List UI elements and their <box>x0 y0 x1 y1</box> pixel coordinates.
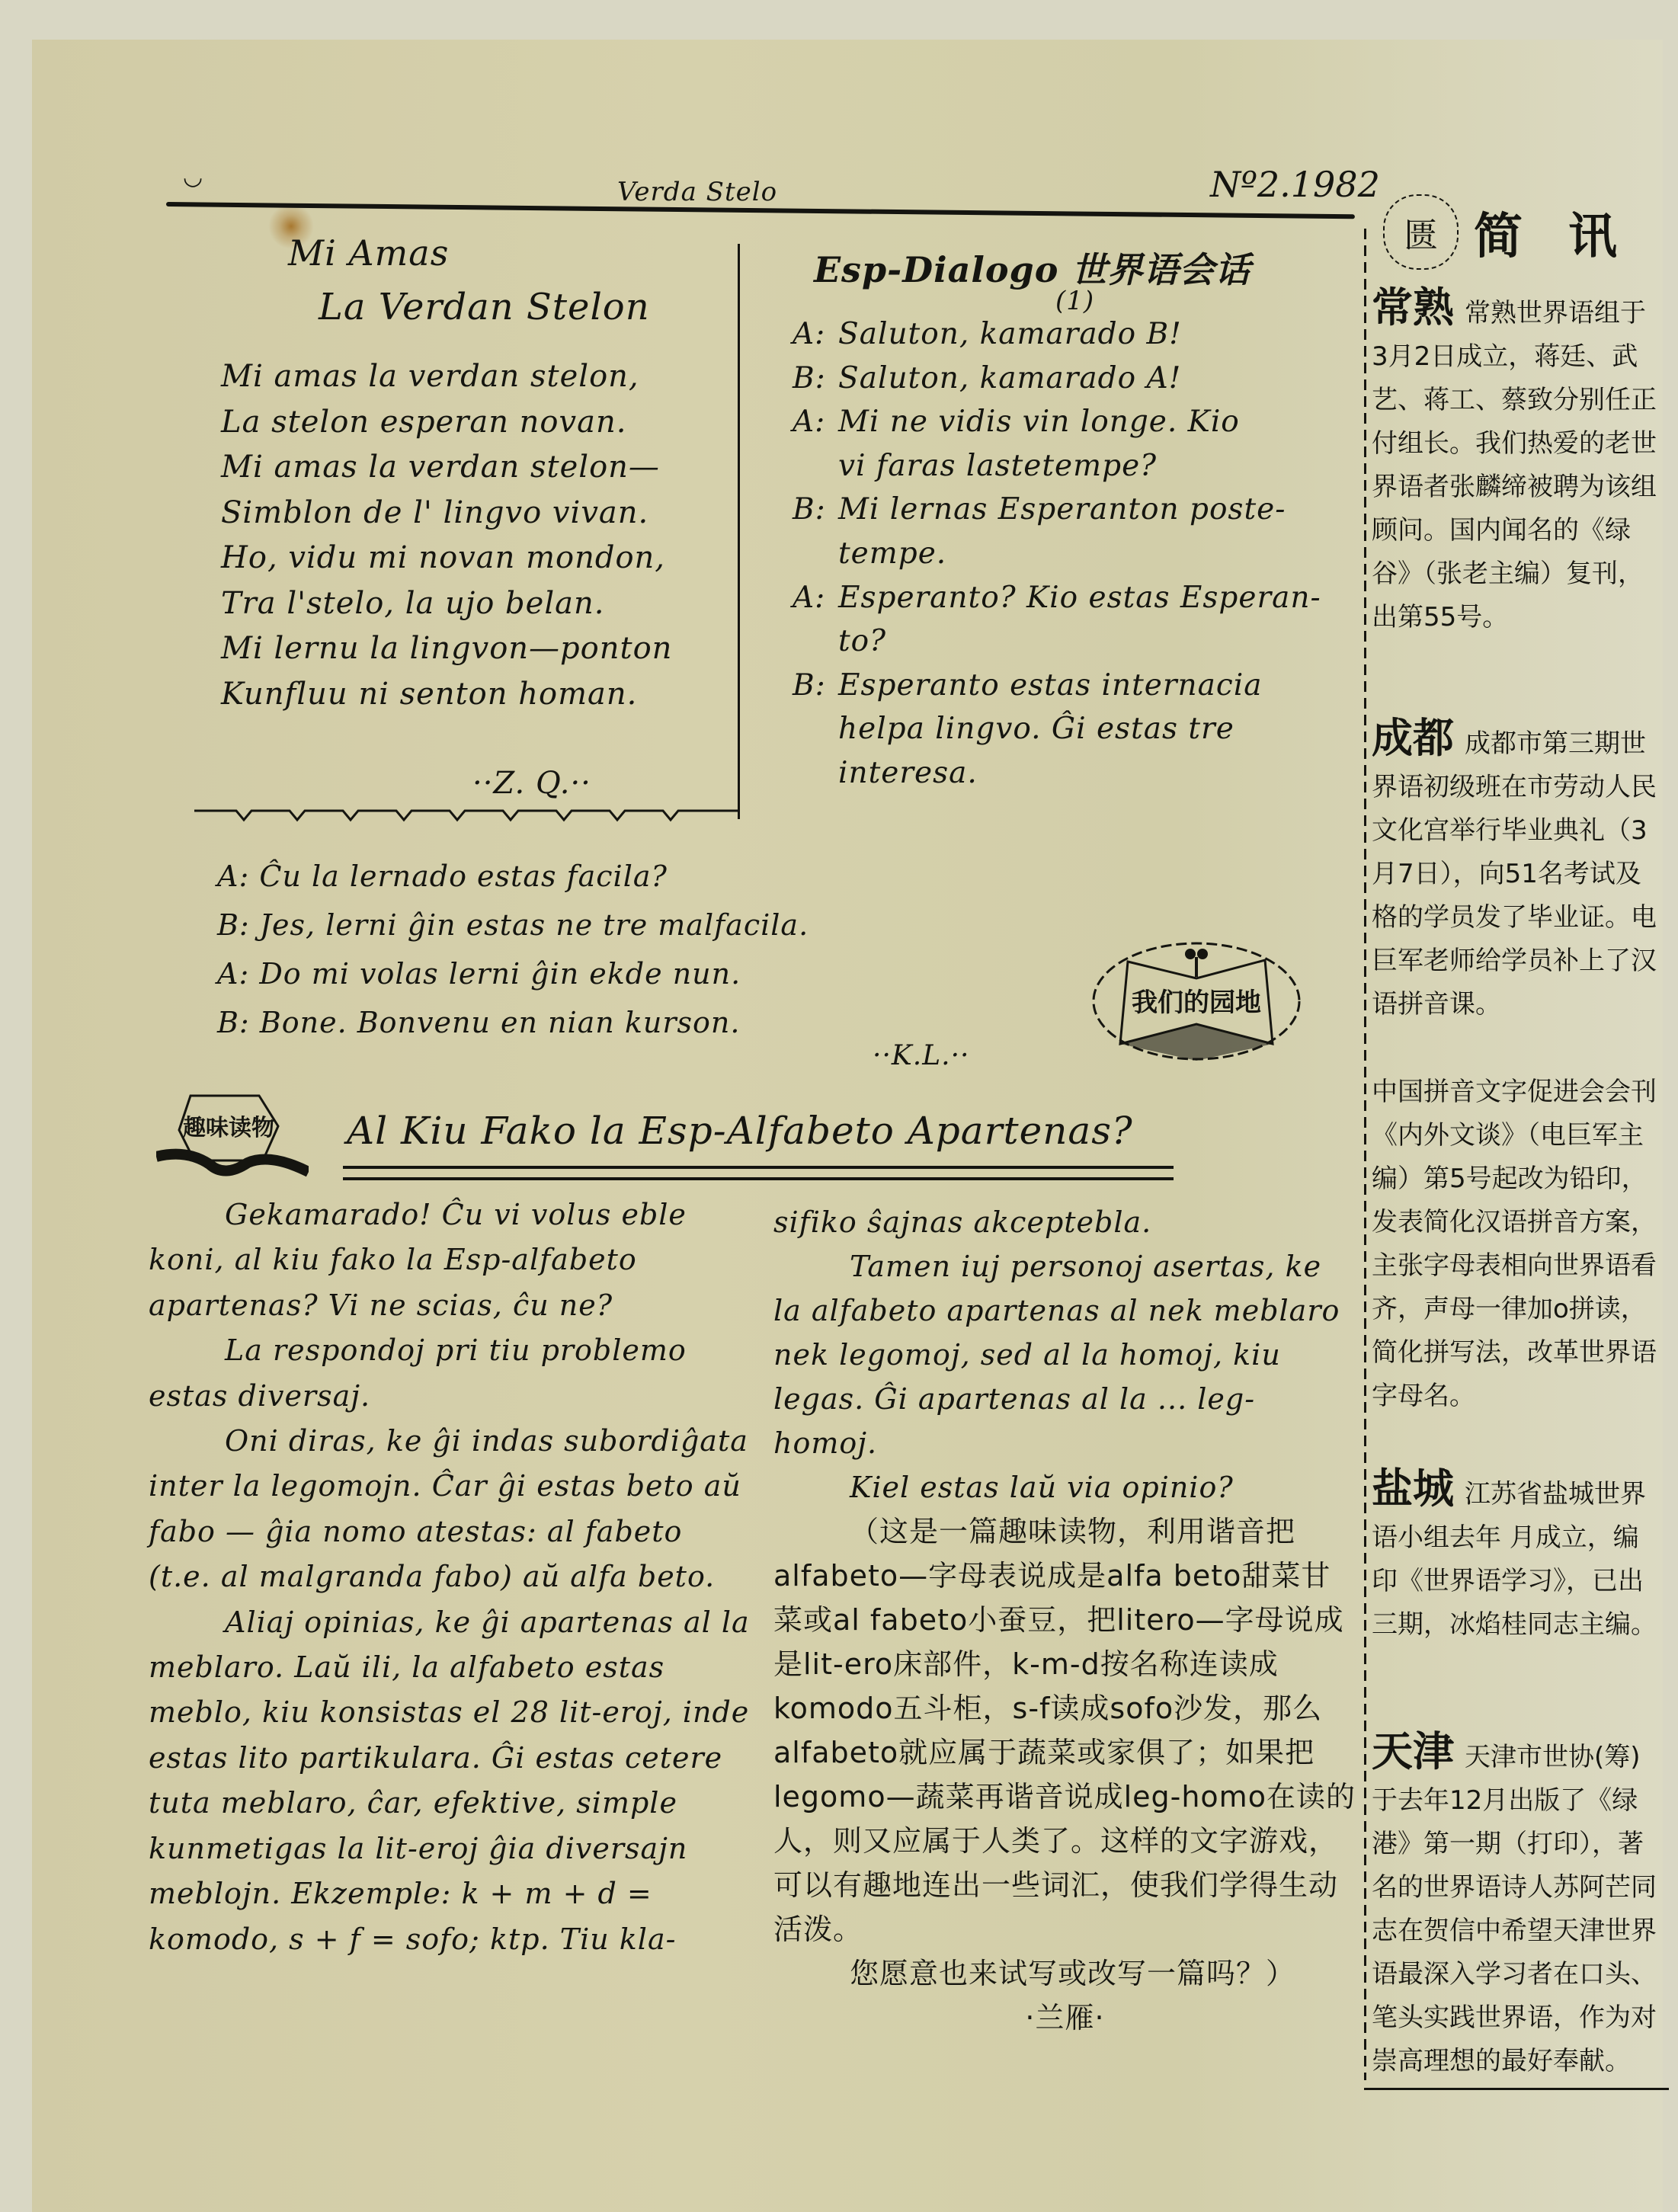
news-city: 成都 <box>1372 714 1454 762</box>
dialog-line: A: Do mi volas lerni ĝin ekde nun. <box>217 949 1055 998</box>
poem-line: Ho, vidu mi novan mondon, <box>221 536 747 581</box>
dialog-line: A:Esperanto? Kio estas Esperan- <box>793 576 1372 620</box>
speaker: B: <box>793 488 838 532</box>
news-city: 常熟 <box>1372 283 1454 331</box>
article-paragraph: La respondoj pri tiu problemo estas dive… <box>149 1328 751 1419</box>
speaker <box>793 444 838 488</box>
speaker: B: <box>793 664 838 708</box>
article-column-1: Gekamarado! Ĉu vi volus eble koni, al ki… <box>149 1192 751 1962</box>
dialog-line: interesa. <box>793 751 1372 795</box>
sidebar-title: 简讯 <box>1474 197 1663 267</box>
article-paragraph: Oni diras, ke ĝi indas subordiĝata inter… <box>149 1419 751 1600</box>
utterance: helpa lingvo. Ĝi estas tre <box>838 707 1234 751</box>
dialog-signature: ··K.L.·· <box>873 1040 969 1071</box>
poem-border-bottom <box>194 808 739 823</box>
sidebar-bottom-rule <box>1364 2088 1669 2090</box>
speaker: A: <box>793 400 838 444</box>
utterance: Esperanto? Kio estas Esperan- <box>838 576 1321 620</box>
sidebar-border <box>1364 229 1366 2080</box>
sidebar-header: 匮 简讯 <box>1383 194 1663 270</box>
speaker <box>793 707 838 751</box>
utterance: to? <box>838 619 886 664</box>
news-text: 成都市第三期世界语初级班在市劳动人民文化宫举行毕业典礼（3月7日），向51名考试… <box>1372 728 1657 1020</box>
news-text: 常熟世界语组于3月2日成立，蒋廷、武艺、蒋工、蔡致分别任正付组长。我们热爱的老世… <box>1372 298 1657 632</box>
plum-blossom-icon: 匮 <box>1383 194 1459 270</box>
dialog-body: A:Saluton, kamarado B! B:Saluton, kamara… <box>793 312 1372 795</box>
dialog-line: helpa lingvo. Ĝi estas tre <box>793 707 1372 751</box>
poem-line: Mi amas la verdan stelon— <box>221 445 747 491</box>
dialog-line: to? <box>793 619 1372 664</box>
speaker <box>793 619 838 664</box>
dialog-part: (1) <box>1055 286 1094 316</box>
title-rule-lower <box>343 1177 1174 1180</box>
news-city: 天津 <box>1372 1727 1454 1775</box>
poem-body: Mi amas la verdan stelon, La stelon espe… <box>221 354 747 717</box>
running-title: Verda Stelo <box>617 177 777 207</box>
news-text: 天津市世协(筹)于去年12月出版了《绿港》第一期（打印），著名的世界语诗人苏阿芒… <box>1372 1742 1657 2076</box>
poem-line: Simblon de l' lingvo vivan. <box>221 491 747 536</box>
dialog-line: B:Esperanto estas internacia <box>793 664 1372 708</box>
article-title: Al Kiu Fako la Esp-Alfabeto Apartenas? <box>347 1109 1133 1153</box>
article-paragraph: Kiel estas laŭ via opinio? <box>773 1465 1356 1509</box>
our-garden-emblem-icon: 我们的园地 <box>1090 939 1303 1064</box>
poem-signature: ··Z. Q.·· <box>472 766 591 801</box>
poem-title-line2: La Verdan Stelon <box>319 286 650 328</box>
news-item-chengdu: 成都成都市第三期世界语初级班在市劳动人民文化宫举行毕业典礼（3月7日），向51名… <box>1372 716 1661 1026</box>
svg-text:趣味读物: 趣味读物 <box>183 1115 274 1141</box>
news-text: 中国拼音文字促进会会刊《内外文谈》（电巨军主编）第5号起改为铅印，发表简化汉语拼… <box>1372 1077 1657 1411</box>
news-item-changshu: 常熟常熟世界语组于3月2日成立，蒋廷、武艺、蒋工、蔡致分别任正付组长。我们热爱的… <box>1372 286 1661 639</box>
issue-number: Nº2.1982 <box>1210 164 1380 205</box>
poem-title-line1: Mi Amas <box>288 232 449 274</box>
utterance: vi faras lastetempe? <box>838 444 1157 488</box>
utterance: Saluton, kamarado B! <box>838 312 1182 357</box>
corner-mark: ◡ <box>183 164 203 190</box>
poem-line: Kunfluu ni senton homan. <box>221 672 747 718</box>
news-item-yancheng: 盐城江苏省盐城世界语小组去年 月成立，编印《世界语学习》，已出三期，冰焰桂同志主… <box>1372 1467 1661 1647</box>
dialog-continued: A: Ĉu la lernado estas facila? B: Jes, l… <box>217 852 1055 1047</box>
poem-line: Tra l'stelo, la ujo belan. <box>221 581 747 627</box>
poem-line: Mi lernu la lingvon—ponton <box>221 626 747 672</box>
dialog-line: B:Saluton, kamarado A! <box>793 357 1372 401</box>
dialog-line: B:Mi lernas Esperanton poste- <box>793 488 1372 532</box>
article-paragraph: Gekamarado! Ĉu vi volus eble koni, al ki… <box>149 1192 751 1328</box>
utterance: Saluton, kamarado A! <box>838 357 1181 401</box>
news-city: 盐城 <box>1372 1465 1454 1513</box>
title-rule-upper <box>343 1166 1174 1169</box>
article-paragraph: sifiko ŝajnas akceptebla. <box>773 1200 1356 1244</box>
utterance: Mi lernas Esperanton poste- <box>838 488 1286 532</box>
poem-line: Mi amas la verdan stelon, <box>221 354 747 400</box>
speaker: A: <box>793 576 838 620</box>
utterance: Esperanto estas internacia <box>838 664 1262 708</box>
utterance: tempe. <box>838 532 946 576</box>
chinese-note: （这是一篇趣味读物，利用谐音把alfabeto—字母表说成是alfa beto甜… <box>773 1509 1356 1951</box>
chinese-closing: 您愿意也来试写或改写一篇吗？） <box>773 1951 1356 1996</box>
chinese-signature: ·兰雁· <box>773 1996 1356 2040</box>
poem-border-right <box>738 244 740 819</box>
article-paragraph: Aliaj opinias, ke ĝi apartenas al la meb… <box>149 1600 751 1962</box>
dialog-line: A:Mi ne vidis vin longe. Kio <box>793 400 1372 444</box>
svg-text:我们的园地: 我们的园地 <box>1132 988 1261 1018</box>
article-paragraph: Tamen iuj personoj asertas, ke la alfabe… <box>773 1244 1356 1465</box>
poem-line: La stelon esperan novan. <box>221 400 747 446</box>
dialog-line: tempe. <box>793 532 1372 576</box>
dialog-line: vi faras lastetempe? <box>793 444 1372 488</box>
fun-reading-icon: 趣味读物 <box>156 1088 309 1187</box>
news-item-pinyin: 中国拼音文字促进会会刊《内外文谈》（电巨军主编）第5号起改为铅印，发表简化汉语拼… <box>1372 1071 1661 1418</box>
speaker: B: <box>793 357 838 401</box>
dialog-line: A:Saluton, kamarado B! <box>793 312 1372 357</box>
news-item-tianjin: 天津天津市世协(筹)于去年12月出版了《绿港》第一期（打印），著名的世界语诗人苏… <box>1372 1730 1661 2083</box>
speaker <box>793 751 838 795</box>
speaker: A: <box>793 312 838 357</box>
speaker <box>793 532 838 576</box>
utterance: interesa. <box>838 751 978 795</box>
article-column-2: sifiko ŝajnas akceptebla. Tamen iuj pers… <box>773 1200 1356 2040</box>
utterance: Mi ne vidis vin longe. Kio <box>838 400 1240 444</box>
dialog-line: B: Jes, lerni ĝin estas ne tre malfacila… <box>217 901 1055 949</box>
dialog-line: A: Ĉu la lernado estas facila? <box>217 852 1055 901</box>
dialog-title: Esp-Dialogo 世界语会话 <box>814 242 1250 293</box>
